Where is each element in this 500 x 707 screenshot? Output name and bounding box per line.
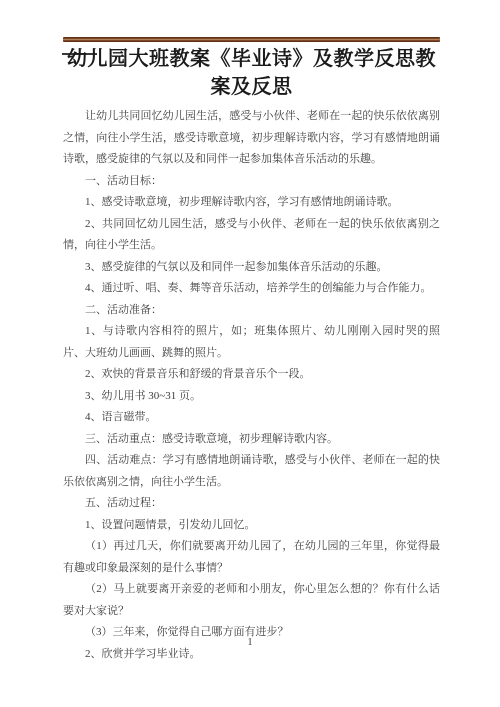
section-heading-process: 五、活动过程：: [63, 493, 440, 515]
section-heading-difficulty: 四、活动难点：学习有感情地朗诵诗歌，感受与小伙伴、老师在一起的快乐依依离别之情，…: [63, 450, 440, 493]
list-item: 1、感受诗歌意境，初步理解诗歌内容，学习有感情地朗诵诗歌。: [63, 192, 440, 214]
document-page: 幼儿园大班教案《毕业诗》及教学反思教案及反思 让幼儿共同回忆幼儿园生活，感受与小…: [0, 0, 500, 707]
section-heading-goals: 一、活动目标：: [63, 171, 440, 193]
page-number: 1: [0, 637, 500, 648]
section-heading-focus: 三、活动重点：感受诗歌意境，初步理解诗歌内容。: [63, 429, 440, 451]
paragraph-intro: 让幼儿共同回忆幼儿园生活，感受与小伙伴、老师在一起的快乐依依离别之情，向往小学生…: [63, 106, 440, 171]
list-item: 4、语言磁带。: [63, 407, 440, 429]
sub-list-item: （2）马上就要离开亲爱的老师和小朋友，你心里怎么想的？你有什么话要对大家说？: [63, 579, 440, 622]
list-item: 3、感受旋律的气氛以及和同伴一起参加集体音乐活动的乐趣。: [63, 257, 440, 279]
sub-list-item: （1）再过几天，你们就要离开幼儿园了，在幼儿园的三年里，你觉得最有趣或印象最深刻…: [63, 536, 440, 579]
document-body: 让幼儿共同回忆幼儿园生活，感受与小伙伴、老师在一起的快乐依依离别之情，向往小学生…: [63, 106, 440, 665]
list-item: 1、设置问题情景，引发幼儿回忆。: [63, 515, 440, 537]
document-content: 幼儿园大班教案《毕业诗》及教学反思教案及反思 让幼儿共同回忆幼儿园生活，感受与小…: [63, 0, 440, 665]
section-heading-prep: 二、活动准备：: [63, 300, 440, 322]
list-item: 3、幼儿用书 30~31 页。: [63, 386, 440, 408]
document-title: 幼儿园大班教案《毕业诗》及教学反思教案及反思: [63, 0, 440, 101]
list-item: 2、欢快的背景音乐和舒缓的背景音乐个一段。: [63, 364, 440, 386]
list-item: 4、通过听、唱、奏、舞等音乐活动，培养学生的创编能力与合作能力。: [63, 278, 440, 300]
list-item: 2、共同回忆幼儿园生活，感受与小伙伴、老师在一起的快乐依依离别之情，向往小学生活…: [63, 214, 440, 257]
list-item: 1、与诗歌内容相符的照片，如；班集体照片、幼儿刚刚入园时哭的照片、大班幼儿画画、…: [63, 321, 440, 364]
